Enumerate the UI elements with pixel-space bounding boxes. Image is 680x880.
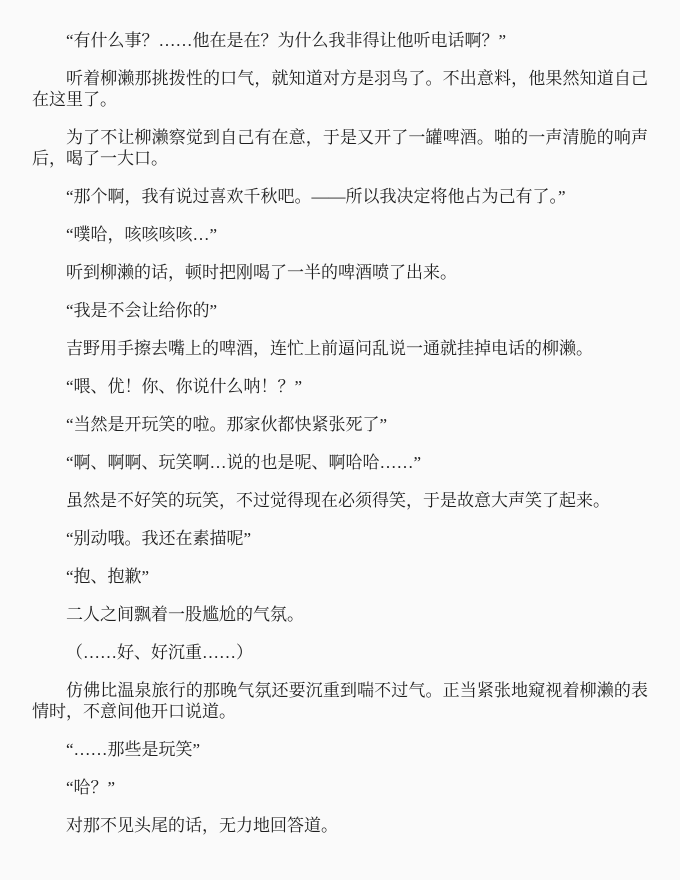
paragraph: 为了不让柳濑察觉到自己有在意，于是又开了一罐啤酒。啪的一声清脆的响声后，喝了一大… xyxy=(32,127,648,169)
paragraph: 仿佛比温泉旅行的那晚气氛还要沉重到喘不过气。正当紧张地窥视着柳濑的表情时，不意间… xyxy=(32,680,648,722)
paragraph: 对那不见头尾的话，无力地回答道。 xyxy=(32,815,648,836)
paragraph: （……好、好沉重……） xyxy=(32,642,648,663)
paragraph: 吉野用手擦去嘴上的啤酒，连忙上前逼问乱说一通就挂掉电话的柳濑。 xyxy=(32,338,648,359)
paragraph: “哈？” xyxy=(32,777,648,798)
text-body: “有什么事？……他在是在？为什么我非得让他听电话啊？”听着柳濑那挑拨性的口气，就… xyxy=(32,30,648,836)
paragraph: “……那些是玩笑” xyxy=(32,739,648,760)
paragraph: “噗哈，咳咳咳咳…” xyxy=(32,224,648,245)
paragraph: 二人之间飘着一股尴尬的气氛。 xyxy=(32,604,648,625)
document-page: “有什么事？……他在是在？为什么我非得让他听电话啊？”听着柳濑那挑拨性的口气，就… xyxy=(0,0,680,880)
paragraph: 听到柳濑的话，顿时把刚喝了一半的啤酒喷了出来。 xyxy=(32,262,648,283)
paragraph: “抱、抱歉” xyxy=(32,566,648,587)
paragraph: “别动哦。我还在素描呢” xyxy=(32,528,648,549)
paragraph: “喂、优！你、你说什么呐！？” xyxy=(32,376,648,397)
paragraph: “啊、啊啊、玩笑啊…说的也是呢、啊哈哈……” xyxy=(32,452,648,473)
paragraph: 听着柳濑那挑拨性的口气，就知道对方是羽鸟了。不出意料，他果然知道自己在这里了。 xyxy=(32,68,648,110)
paragraph: “有什么事？……他在是在？为什么我非得让他听电话啊？” xyxy=(32,30,648,51)
paragraph: 虽然是不好笑的玩笑，不过觉得现在必须得笑，于是故意大声笑了起来。 xyxy=(32,490,648,511)
paragraph: “当然是开玩笑的啦。那家伙都快紧张死了” xyxy=(32,414,648,435)
paragraph: “我是不会让给你的” xyxy=(32,300,648,321)
paragraph: “那个啊，我有说过喜欢千秋吧。——所以我决定将他占为己有了。” xyxy=(32,186,648,207)
